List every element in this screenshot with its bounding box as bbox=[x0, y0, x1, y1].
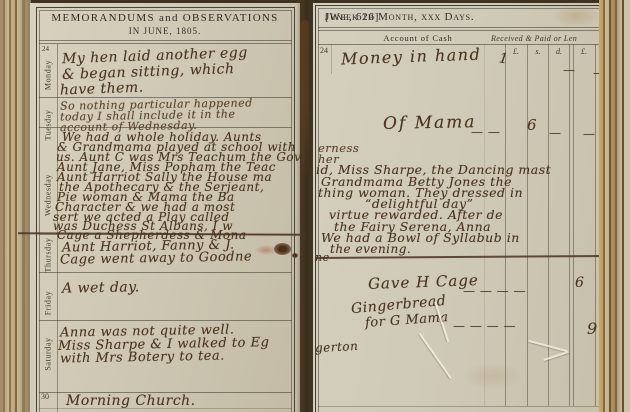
overflow-line-gerton: gerton bbox=[315, 339, 359, 355]
cash-dash: — bbox=[549, 126, 562, 140]
saturday-entry-line: with Mrs Botery to tea. bbox=[60, 349, 225, 367]
sunday-entry-line: Morning Church. bbox=[66, 393, 196, 409]
cash-amount: 9 bbox=[587, 319, 598, 338]
bottom-rule bbox=[318, 406, 602, 407]
gutter-stain bbox=[301, 20, 309, 175]
account-of-cash-label: Account of Cash bbox=[353, 33, 483, 43]
cash-entry-of-mama: Of Mama bbox=[383, 112, 477, 134]
monday-entry-line: have them. bbox=[60, 80, 144, 99]
overflow-line: the evening. bbox=[330, 242, 411, 256]
cash-column-rule bbox=[595, 44, 596, 406]
book-binding-edge bbox=[0, 0, 31, 412]
page-edge bbox=[624, 0, 630, 412]
cash-column-rule bbox=[569, 44, 570, 406]
day-number-24: 24 bbox=[42, 45, 49, 53]
cash-amount: 6 bbox=[575, 275, 584, 291]
paper-stain bbox=[463, 363, 523, 389]
cash-dash: — bbox=[563, 63, 576, 77]
friday-entry-line: A wet day. bbox=[62, 279, 140, 296]
header-rule-1 bbox=[318, 27, 602, 28]
col-header-pence-received: d. bbox=[556, 47, 562, 56]
memorandums-header: MEMORANDUMS and OBSERVATIONS bbox=[40, 12, 290, 24]
day-column-rule bbox=[331, 44, 332, 74]
day-number-24: 24 bbox=[320, 46, 328, 55]
cash-column-rule-double bbox=[573, 44, 574, 406]
week-number: [Week 26] bbox=[325, 11, 379, 23]
col-header-pounds-paid: £. bbox=[581, 47, 587, 56]
cash-dash: — — bbox=[471, 125, 500, 139]
day-label-wednesday: Wednesday bbox=[44, 174, 53, 216]
diary-photograph: MEMORANDUMS and OBSERVATIONS IN JUNE, 18… bbox=[0, 0, 630, 412]
cash-dash: — — — — bbox=[453, 319, 516, 333]
left-page: MEMORANDUMS and OBSERVATIONS IN JUNE, 18… bbox=[30, 3, 300, 412]
day-number-30: 30 bbox=[41, 392, 49, 401]
day-label-tuesday: Tuesday bbox=[44, 109, 53, 140]
row-divider bbox=[39, 272, 292, 273]
day-label-friday: Friday bbox=[44, 291, 53, 316]
cash-amount: 6 bbox=[527, 116, 537, 134]
received-paid-label: Received & Paid or Len bbox=[491, 34, 577, 43]
paper-stain bbox=[553, 5, 599, 27]
header-rule-1 bbox=[39, 40, 292, 41]
right-page: June, 6th Month, xxx Days. [Week 26] Acc… bbox=[313, 3, 612, 412]
day-label-saturday: Saturday bbox=[44, 337, 53, 370]
day-label-thursday: Thursday bbox=[44, 237, 53, 272]
red-stain bbox=[255, 245, 277, 255]
cash-column-rule bbox=[505, 44, 506, 406]
col-header-pounds-received: £. bbox=[513, 47, 519, 56]
header-rule-2 bbox=[39, 43, 292, 44]
col-header-shillings-received: s. bbox=[535, 47, 540, 56]
day-label-monday: Monday bbox=[44, 60, 53, 90]
memorandums-subheader: IN JUNE, 1805. bbox=[40, 26, 290, 36]
cash-dash: — — — — bbox=[463, 284, 526, 298]
cash-column-rule bbox=[548, 44, 549, 406]
row-divider bbox=[39, 320, 292, 321]
cash-column-rule bbox=[527, 44, 528, 406]
header-rule-2 bbox=[318, 30, 602, 31]
